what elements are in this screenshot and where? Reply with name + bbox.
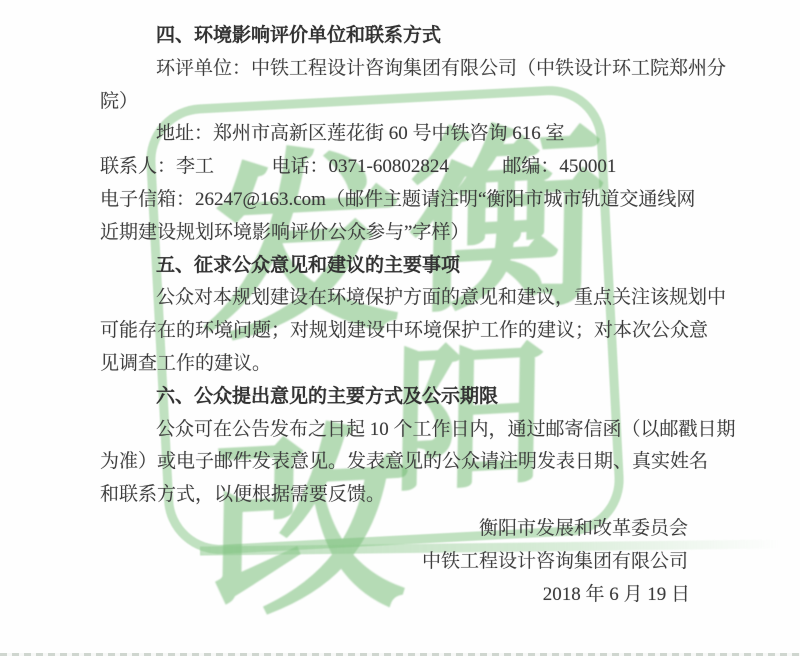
scan-artifact-line (0, 653, 800, 656)
section5-paragraph-line-2: 可能存在的环境问题；对规划建设中环境保护工作的建议；对本次公众意 (0, 315, 800, 348)
section-heading-6: 六、公众提出意见的主要方式及公示期限 (0, 381, 800, 414)
section6-paragraph-line-3: 和联系方式，以便根据需要反馈。 (0, 479, 800, 512)
contact-phone: 电话：0371-60802824 (272, 156, 449, 177)
signature-date: 2018 年 6 月 19 日 (0, 578, 800, 611)
address-line: 地址：郑州市高新区莲花街 60 号中铁咨询 616 室 (0, 118, 800, 151)
section5-paragraph-line-3: 见调查工作的建议。 (0, 348, 800, 381)
document-page: 发 衡 改 阳 四、环境影响评价单位和联系方式 环评单位：中铁工程设计咨询集团有… (0, 0, 800, 660)
section6-paragraph-line-2: 为准）或电子邮件发表意见。发表意见的公众请注明发表日期、真实姓名 (0, 446, 800, 479)
signature-org-1: 衡阳市发展和改革委员会 (0, 512, 800, 545)
eia-unit-line-2: 院） (0, 86, 800, 119)
contact-person: 联系人：李工 (100, 156, 214, 177)
contact-zip: 邮编：450001 (502, 156, 616, 177)
section5-paragraph-line-1: 公众对本规划建设在环境保护方面的意见和建议，重点关注该规划中 (0, 282, 800, 315)
notice-content: 四、环境影响评价单位和联系方式 环评单位：中铁工程设计咨询集团有限公司（中铁设计… (0, 0, 800, 611)
section-heading-5: 五、征求公众意见和建议的主要事项 (0, 250, 800, 283)
section-heading-4: 四、环境影响评价单位和联系方式 (0, 20, 800, 53)
signature-org-2: 中铁工程设计咨询集团有限公司 (0, 545, 800, 578)
eia-unit-line-1: 环评单位：中铁工程设计咨询集团有限公司（中铁设计环工院郑州分 (0, 53, 800, 86)
email-line-1: 电子信箱：26247@163.com（邮件主题请注明“衡阳市城市轨道交通线网 (0, 184, 800, 217)
email-line-2: 近期建设规划环境影响评价公众参与”字样） (0, 217, 800, 250)
contact-line: 联系人：李工 电话：0371-60802824 邮编：450001 (0, 151, 800, 184)
section6-paragraph-line-1: 公众可在公告发布之日起 10 个工作日内，通过邮寄信函（以邮戳日期 (0, 414, 800, 447)
